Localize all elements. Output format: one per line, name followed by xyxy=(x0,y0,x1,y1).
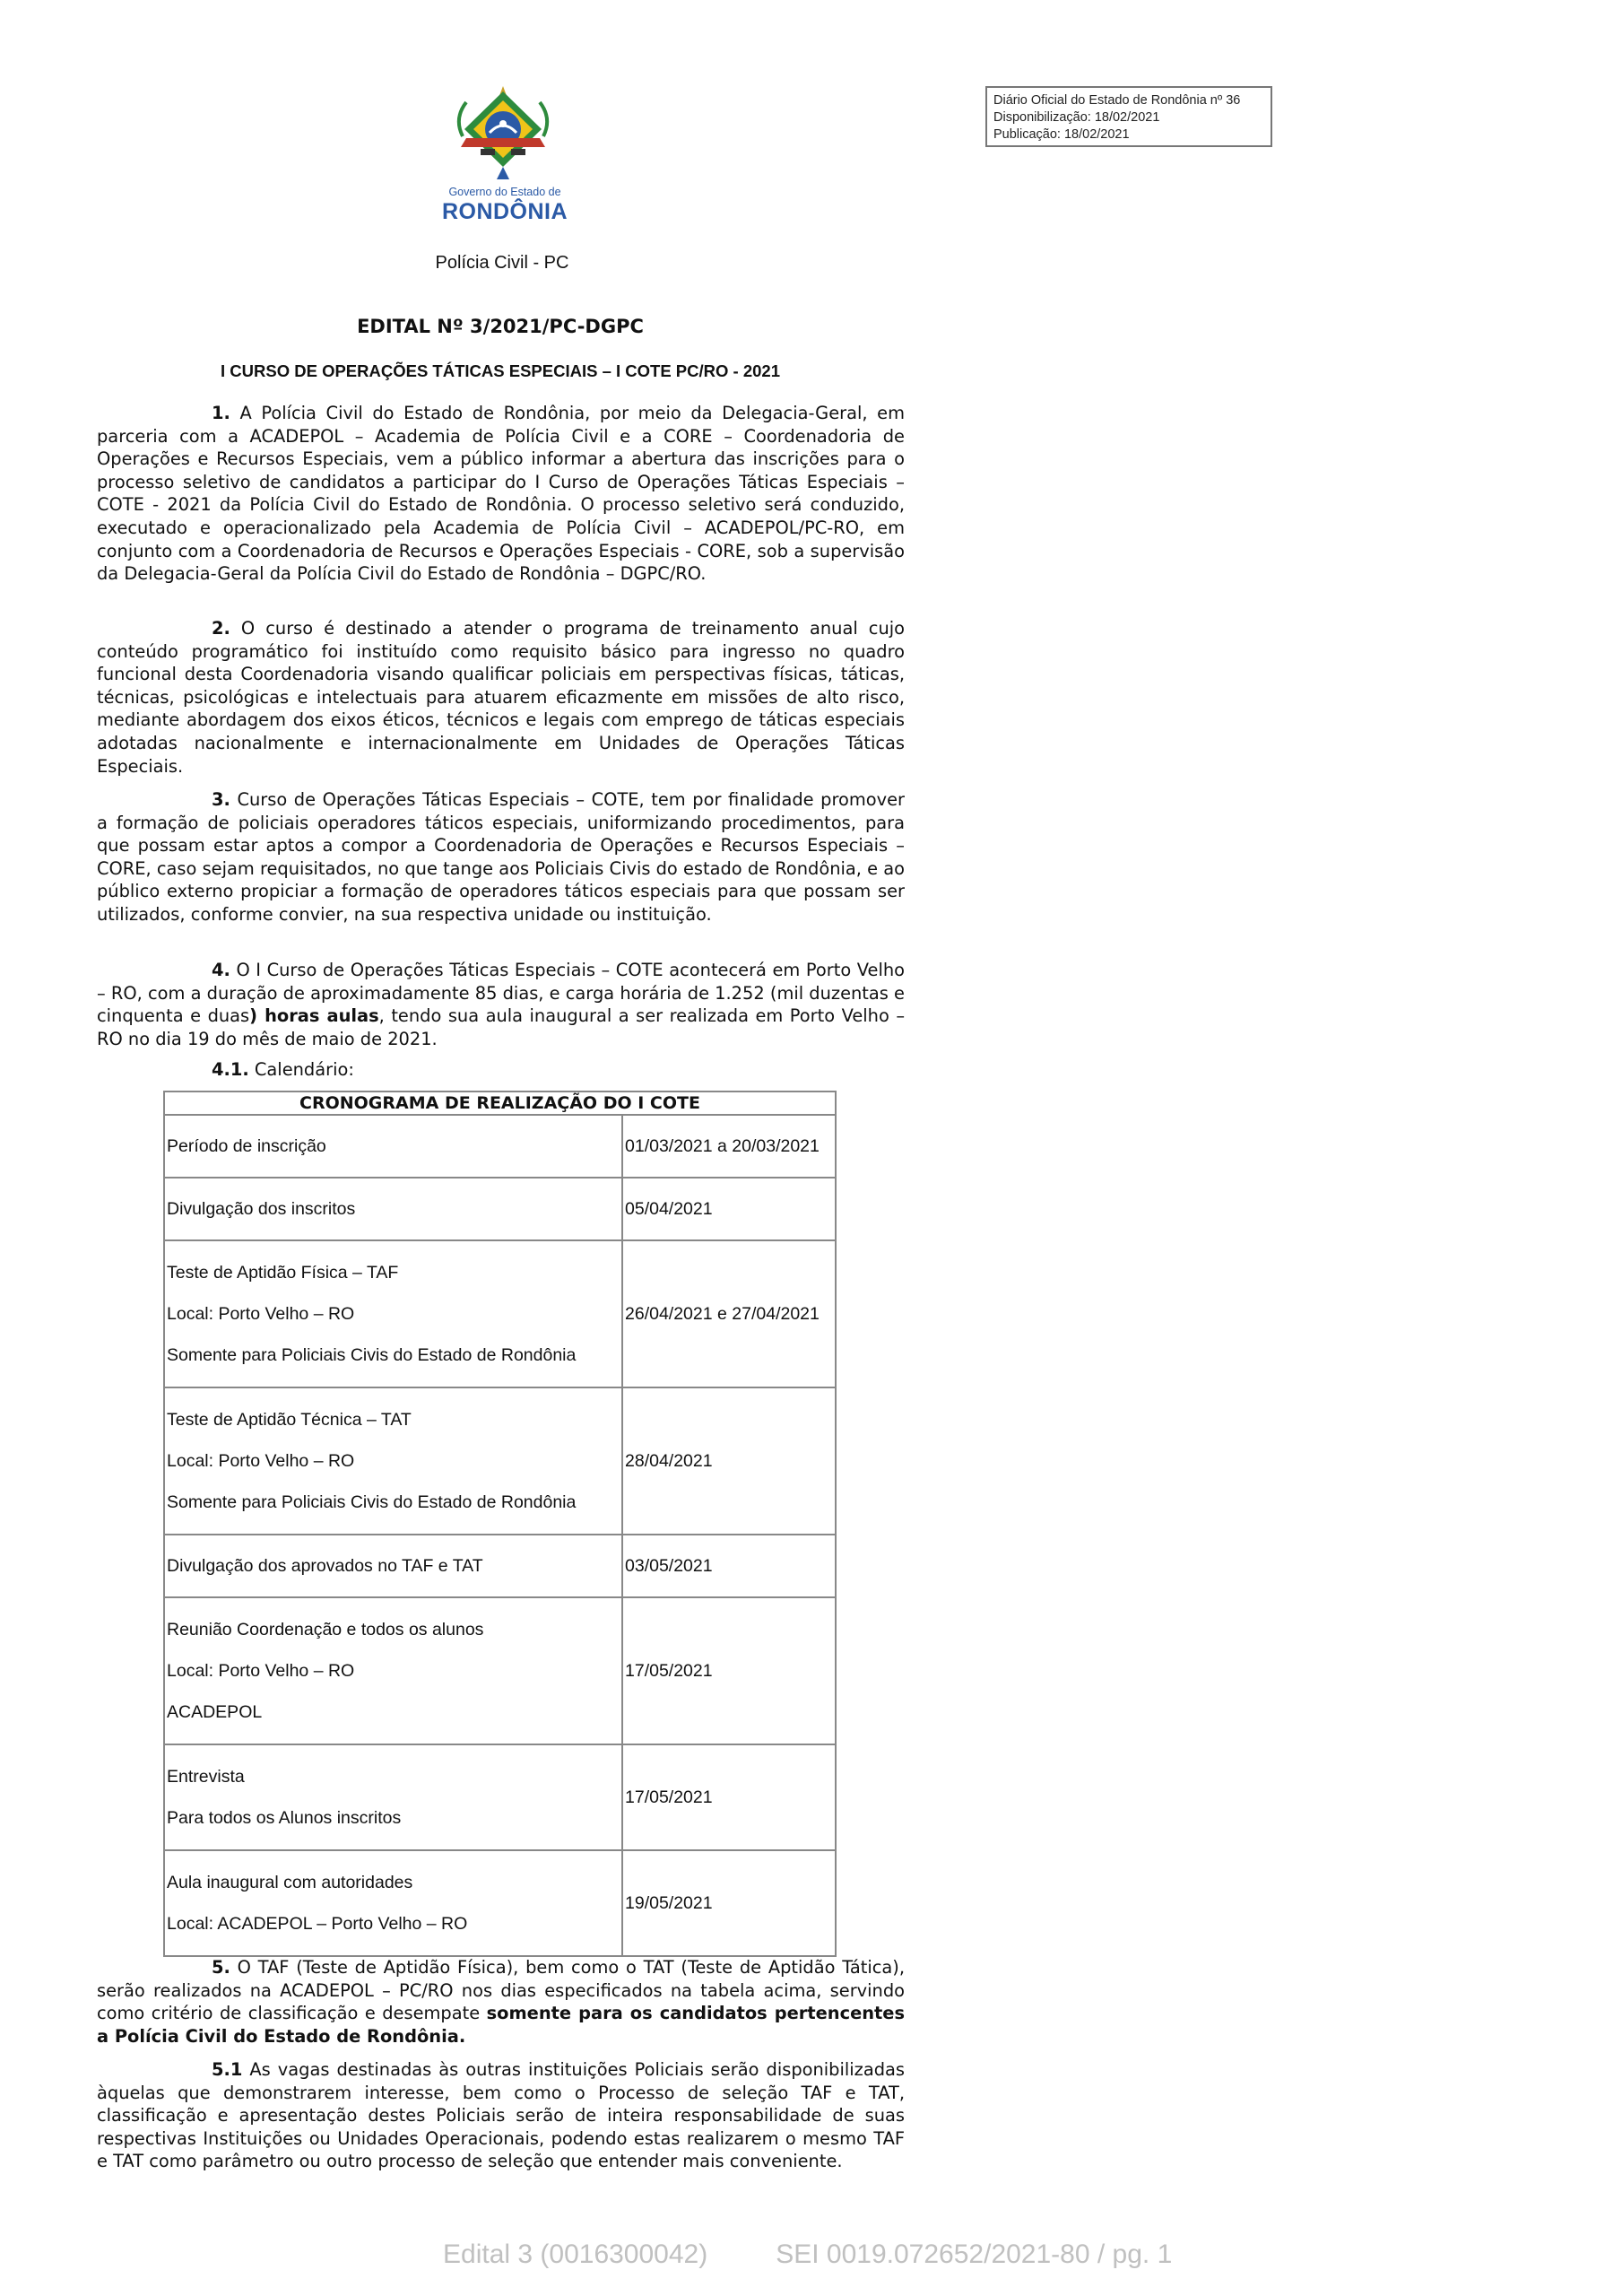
paragraph-1: 1. A Polícia Civil do Estado de Rondônia… xyxy=(97,402,905,586)
schedule-date: 03/05/2021 xyxy=(622,1535,836,1597)
schedule-date: 01/03/2021 a 20/03/2021 xyxy=(622,1115,836,1178)
schedule-event-line: Aula inaugural com autoridades xyxy=(167,1862,621,1903)
schedule-event: Aula inaugural com autoridadesLocal: ACA… xyxy=(164,1850,622,1956)
paragraph-number: 3. xyxy=(212,789,230,810)
section-number: 4.1. xyxy=(212,1059,249,1080)
logo-caption-main: RONDÔNIA xyxy=(429,199,581,225)
schedule-event-line: Somente para Policiais Civis do Estado d… xyxy=(167,1482,621,1523)
schedule-date: 26/04/2021 e 27/04/2021 xyxy=(622,1240,836,1387)
schedule-row: Reunião Coordenação e todos os alunosLoc… xyxy=(164,1597,836,1744)
schedule-event-line: Divulgação dos aprovados no TAF e TAT xyxy=(167,1545,621,1587)
section-label: Calendário: xyxy=(255,1059,354,1080)
schedule-event-line: Local: Porto Velho – RO xyxy=(167,1293,621,1335)
paragraph-number: 4. xyxy=(212,960,230,980)
paragraph-number: 2. xyxy=(212,618,230,639)
footer-sei-reference: SEI 0019.072652/2021-80 / pg. 1 xyxy=(776,2239,1172,2269)
schedule-date: 17/05/2021 xyxy=(622,1744,836,1850)
schedule-event: Divulgação dos aprovados no TAF e TAT xyxy=(164,1535,622,1597)
paragraph-number: 5. xyxy=(212,1957,230,1978)
schedule-event: Período de inscrição xyxy=(164,1115,622,1178)
paragraph-bold-text: ) horas aulas xyxy=(249,1005,379,1026)
stamp-journal: Diário Oficial do Estado de Rondônia nº … xyxy=(993,92,1264,109)
schedule-event-line: Período de inscrição xyxy=(167,1126,621,1167)
schedule-event: Teste de Aptidão Técnica – TATLocal: Por… xyxy=(164,1387,622,1535)
schedule-row: EntrevistaPara todos os Alunos inscritos… xyxy=(164,1744,836,1850)
schedule-event: Divulgação dos inscritos xyxy=(164,1178,622,1240)
schedule-event: Teste de Aptidão Física – TAFLocal: Port… xyxy=(164,1240,622,1387)
schedule-event: Reunião Coordenação e todos os alunosLoc… xyxy=(164,1597,622,1744)
calendar-label: 4.1. Calendário: xyxy=(212,1059,354,1080)
paragraph-4: 4. O I Curso de Operações Táticas Especi… xyxy=(97,959,905,1050)
schedule-row: Divulgação dos aprovados no TAF e TAT03/… xyxy=(164,1535,836,1597)
document-title: EDITAL Nº 3/2021/PC-DGPC xyxy=(97,316,904,337)
schedule-event-line: Local: ACADEPOL – Porto Velho – RO xyxy=(167,1903,621,1944)
schedule-row: Teste de Aptidão Técnica – TATLocal: Por… xyxy=(164,1387,836,1535)
schedule-date: 17/05/2021 xyxy=(622,1597,836,1744)
stamp-publication-date: Publicação: 18/02/2021 xyxy=(993,126,1264,143)
schedule-event-line: Teste de Aptidão Física – TAF xyxy=(167,1252,621,1293)
schedule-event-line: Local: Porto Velho – RO xyxy=(167,1440,621,1482)
schedule-event: EntrevistaPara todos os Alunos inscritos xyxy=(164,1744,622,1850)
publication-stamp: Diário Oficial do Estado de Rondônia nº … xyxy=(985,86,1272,147)
page-footer: Edital 3 (0016300042)SEI 0019.072652/202… xyxy=(443,2239,1214,2270)
schedule-table: CRONOGRAMA DE REALIZAÇÃO DO I COTE Perío… xyxy=(163,1091,837,1957)
schedule-event-line: Entrevista xyxy=(167,1756,621,1797)
paragraph-2: 2. O curso é destinado a atender o progr… xyxy=(97,617,905,778)
paragraph-5-1: 5.1 As vagas destinadas às outras instit… xyxy=(97,2058,905,2173)
paragraph-text: A Polícia Civil do Estado de Rondônia, p… xyxy=(97,403,905,584)
schedule-event-line: ACADEPOL xyxy=(167,1692,621,1733)
schedule-row: Aula inaugural com autoridadesLocal: ACA… xyxy=(164,1850,836,1956)
schedule-row: Divulgação dos inscritos05/04/2021 xyxy=(164,1178,836,1240)
document-subtitle: I CURSO DE OPERAÇÕES TÁTICAS ESPECIAIS –… xyxy=(97,361,904,381)
paragraph-number: 1. xyxy=(212,403,230,423)
schedule-table-title: CRONOGRAMA DE REALIZAÇÃO DO I COTE xyxy=(164,1091,836,1115)
schedule-date: 05/04/2021 xyxy=(622,1178,836,1240)
schedule-event-line: Reunião Coordenação e todos os alunos xyxy=(167,1609,621,1650)
schedule-event-line: Para todos os Alunos inscritos xyxy=(167,1797,621,1839)
paragraph-number: 5.1 xyxy=(212,2059,242,2080)
schedule-row: Período de inscrição01/03/2021 a 20/03/2… xyxy=(164,1115,836,1178)
schedule-row: Teste de Aptidão Física – TAFLocal: Port… xyxy=(164,1240,836,1387)
paragraph-5: 5. O TAF (Teste de Aptidão Física), bem … xyxy=(97,1956,905,2048)
paragraph-3: 3. Curso de Operações Táticas Especiais … xyxy=(97,788,905,926)
organization-name: Polícia Civil - PC xyxy=(359,253,646,274)
schedule-date: 19/05/2021 xyxy=(622,1850,836,1956)
logo-caption-top: Governo do Estado de xyxy=(429,186,581,198)
schedule-event-line: Teste de Aptidão Técnica – TAT xyxy=(167,1399,621,1440)
footer-document-id: Edital 3 (0016300042) xyxy=(443,2239,707,2269)
schedule-event-line: Divulgação dos inscritos xyxy=(167,1188,621,1230)
paragraph-text: O curso é destinado a atender o programa… xyxy=(97,618,905,777)
schedule-event-line: Local: Porto Velho – RO xyxy=(167,1650,621,1692)
stamp-availability-date: Disponibilização: 18/02/2021 xyxy=(993,109,1264,126)
schedule-event-line: Somente para Policiais Civis do Estado d… xyxy=(167,1335,621,1376)
schedule-date: 28/04/2021 xyxy=(622,1387,836,1535)
